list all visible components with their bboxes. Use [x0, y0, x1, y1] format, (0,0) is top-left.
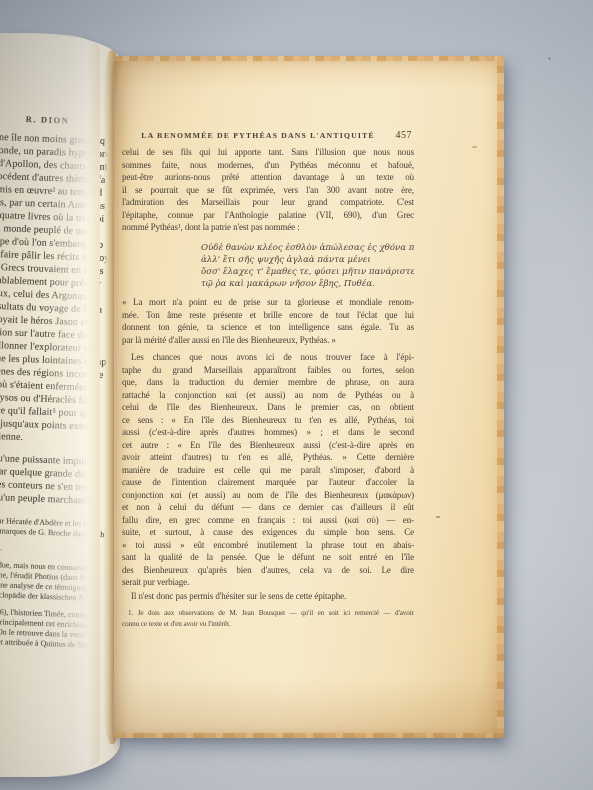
page-number: 457 — [396, 130, 413, 142]
left-footnote-group: (IV, 56), l'historien Timée, contemdoit … — [0, 607, 108, 652]
dust-speck — [548, 57, 551, 60]
text-line: aussi (c'est-à-dire après d'autres homme… — [122, 426, 414, 439]
deckle-edge-right — [497, 56, 504, 738]
text-line: Οὐδὲ θανὼν κλέος ἐσθλὸν ἀπώλεσας ἐς χθόν… — [201, 242, 414, 254]
greek-epigram: Οὐδὲ θανὼν κλέος ἐσθλὸν ἀπώλεσας ἐς χθόν… — [201, 242, 414, 291]
text-line: l'épitaphe, connue par l'Anthologie pala… — [122, 209, 414, 222]
text-line: et non à celui du défunt — dans ce derni… — [122, 501, 414, 514]
text-line: serait pur verbiage. — [122, 576, 414, 589]
text-line: cause de l'intention clairement marquée … — [122, 476, 414, 489]
left-page: R. DION ne île non moins grande qonde, u… — [0, 33, 120, 777]
text-line: taphe du grand Marseillais apparaîtront … — [122, 364, 414, 377]
left-footnote-group: i perdue, mais nous en connaissozantine,… — [0, 560, 109, 605]
text-line: mée. Ton âme reste présente et brille en… — [122, 309, 414, 322]
text-line: l'admiration des Marseillais pour leur g… — [122, 196, 414, 209]
footnote: 1. Je dois aux observations de M. Jean B… — [122, 608, 414, 629]
left-body-text-2: t qu'une puissante impulsé par quelque g… — [0, 452, 113, 509]
text-line: donnent ton génie, ta science et ton int… — [122, 321, 414, 334]
discussion-paragraph: Les chances que nous avons ici de nous t… — [122, 351, 414, 589]
text-line: « La mort n'a point eu de prise sur ta g… — [122, 296, 414, 309]
text-line: ἀλλ' ἔτι σῆς ψυχῆς ἀγλαὰ πάντα μένει — [201, 254, 414, 266]
text-line: nommé Pythéas¹, dont la patrie n'est pas… — [122, 221, 414, 234]
deckle-edge-bottom — [114, 733, 504, 738]
left-footnote-group: , n. 3. — [0, 543, 110, 558]
text-line: avoir atteint d'autres) tu t'en es allé,… — [122, 451, 414, 464]
open-book-photo: R. DION ne île non moins grande qonde, u… — [0, 0, 593, 790]
closing-sentence: Il n'est donc pas permis d'hésiter sur l… — [122, 590, 414, 603]
text-line: conjonction καί (et aussi) au nom de l'î… — [122, 489, 414, 502]
text-line: suite, et surtout, à cause des exigences… — [122, 526, 414, 539]
text-line: des Bienheureux qu'après bien d'autres, … — [122, 564, 414, 577]
text-line: τῷ ῥα καὶ μακάρων νῆσον ἔβης, Πυθέα. — [201, 278, 414, 290]
text-line: que, dans la traduction du dernier membr… — [122, 376, 414, 389]
text-line: sant la qualité de la pensée. Que le déf… — [122, 551, 414, 564]
body-paragraph-1: celui de ses fils qui lui apporte tant. … — [122, 146, 414, 234]
text-line: il se pourrait que se fût exprimée, vers… — [122, 184, 414, 197]
text-line: « toi aussi » eût encombré inutilement l… — [122, 539, 414, 552]
right-page-text: LA RENOMMÉE DE PYTHÉAS DANS L'ANTIQUITÉ … — [122, 130, 414, 629]
paper-speck — [472, 146, 477, 148]
paper-speck — [436, 516, 440, 518]
translation-quote: « La mort n'a point eu de prise sur ta g… — [122, 296, 414, 346]
text-line: ce sens : « En l'île des Bienheureux tu … — [122, 414, 414, 427]
text-line: 1. Je dois aux observations de M. Jean B… — [122, 608, 414, 619]
text-line: peut-être aurions-nous prêté attention d… — [122, 171, 414, 184]
text-line: Il n'est donc pas permis d'hésiter sur l… — [122, 590, 414, 603]
text-line: , n. 3. — [0, 543, 110, 558]
text-line: ὅσσ' ἔλαχες τ' ἔμαθες τε, φύσει μῆτιν πα… — [201, 266, 414, 278]
running-header-title: LA RENOMMÉE DE PYTHÉAS DANS L'ANTIQUITÉ — [112, 130, 404, 142]
text-line: celui de ses fils qui lui apporte tant. … — [122, 146, 414, 159]
text-line: Les chances que nous avons ici de nous t… — [122, 351, 414, 364]
text-line: sommes faite, nous modernes, d'un Pythéa… — [122, 159, 414, 172]
text-line: connu ce texte et d'en avoir vu l'intérê… — [122, 619, 414, 630]
text-line: cet autre : « En l'île des Bienheureux a… — [122, 439, 414, 452]
text-line: manière de traduire est celle qui me par… — [122, 464, 414, 477]
running-header-row: LA RENOMMÉE DE PYTHÉAS DANS L'ANTIQUITÉ … — [122, 130, 414, 142]
right-page: LA RENOMMÉE DE PYTHÉAS DANS L'ANTIQUITÉ … — [114, 56, 504, 738]
text-line: rattaché la conjonction καί (et aussi) a… — [122, 389, 414, 402]
text-line: fallu dire, en grec comme en français : … — [122, 514, 414, 527]
text-line: par là mérité d'aller aussi en l'île des… — [122, 334, 414, 347]
left-footnotes: 7. Sur Hécatée d'Abdère et les rappes re… — [0, 516, 111, 652]
text-line: celui de l'île des Bienheureux. Dans le … — [122, 401, 414, 414]
deckle-edge-top — [114, 56, 504, 61]
left-footnote-group: 7. Sur Hécatée d'Abdère et les rappes re… — [0, 516, 111, 541]
